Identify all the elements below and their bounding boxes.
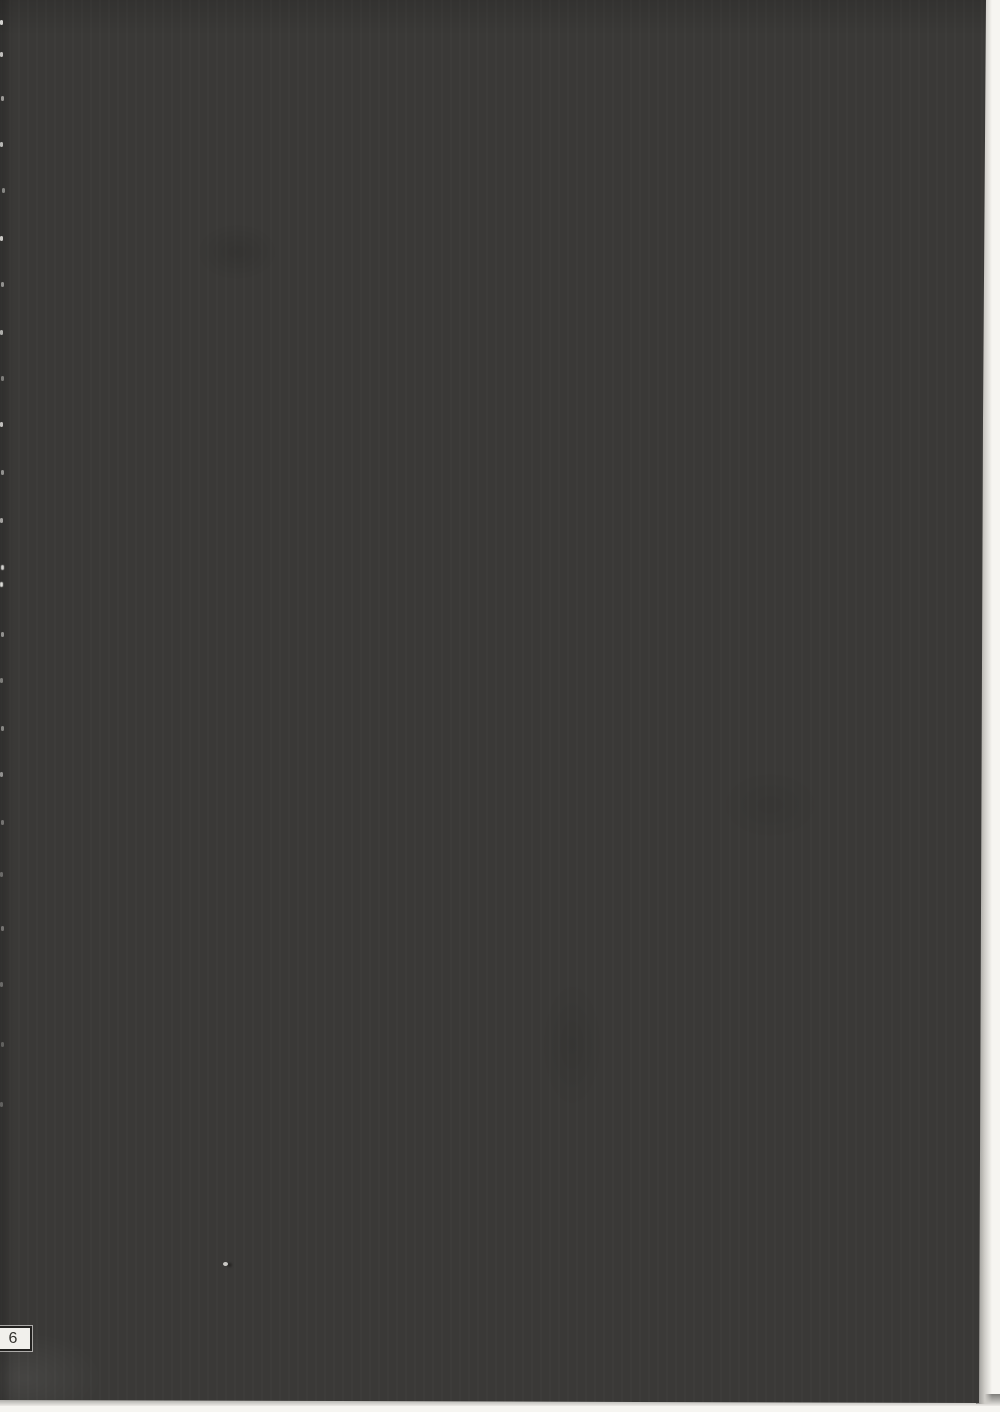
left-edge-binding-artifacts (0, 20, 3, 25)
dust-speck (223, 1262, 228, 1266)
scanned-dark-page: 6 (0, 0, 1000, 1412)
page-number-text: 6 (9, 1331, 18, 1347)
page-number-label: 6 (0, 1326, 32, 1351)
scanner-background: 6 (0, 0, 1000, 1412)
